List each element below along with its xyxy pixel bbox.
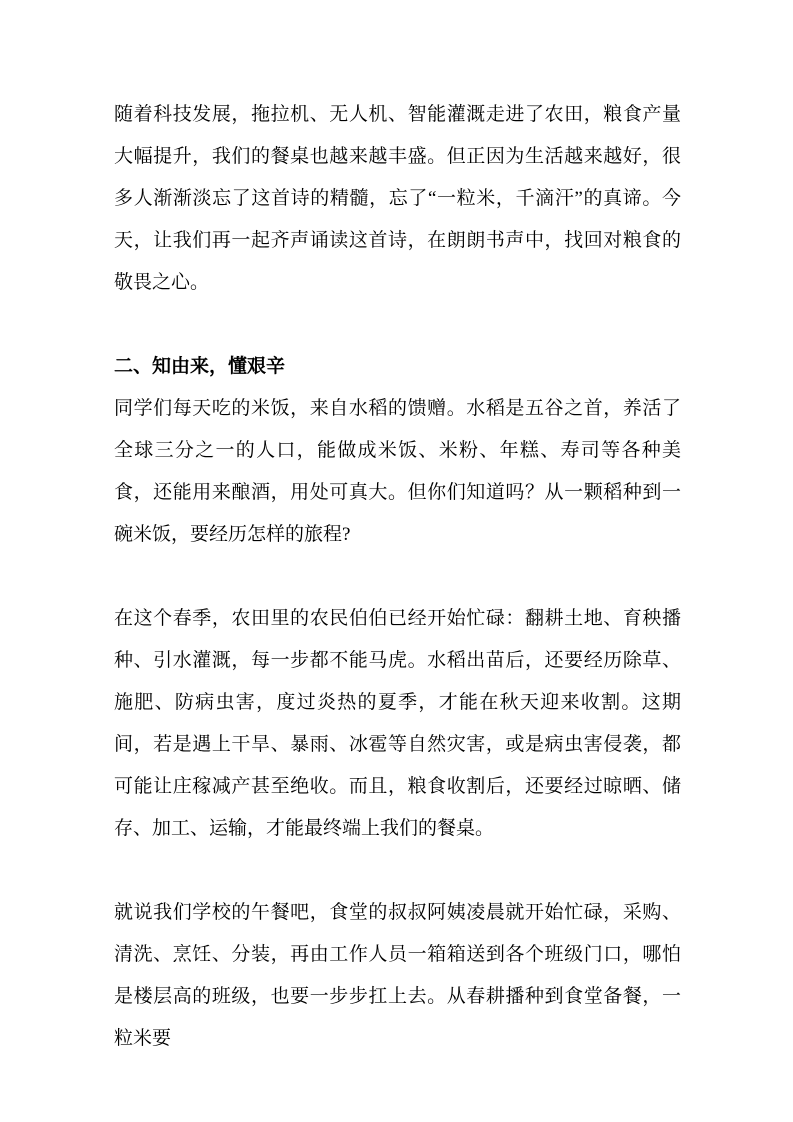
paragraph: 随着科技发展，拖拉机、无人机、智能灌溉走进了农田，粮食产量大幅提升，我们的餐桌也… (114, 94, 681, 304)
blank-line (114, 556, 681, 598)
blank-line (114, 304, 681, 346)
paragraph: 在这个春季，农田里的农民伯伯已经开始忙碌：翻耕土地、育秧播种、引水灌溉，每一步都… (114, 598, 681, 850)
paragraph: 同学们每天吃的米饭，来自水稻的馈赠。水稻是五谷之首，养活了全球三分之一的人口，能… (114, 388, 681, 556)
blank-line (114, 850, 681, 892)
document-page: 随着科技发展，拖拉机、无人机、智能灌溉走进了农田，粮食产量大幅提升，我们的餐桌也… (0, 0, 793, 1122)
paragraph: 就说我们学校的午餐吧，食堂的叔叔阿姨凌晨就开始忙碌，采购、清洗、烹饪、分装，再由… (114, 892, 681, 1060)
section-heading: 二、知由来，懂艰辛 (114, 346, 681, 388)
